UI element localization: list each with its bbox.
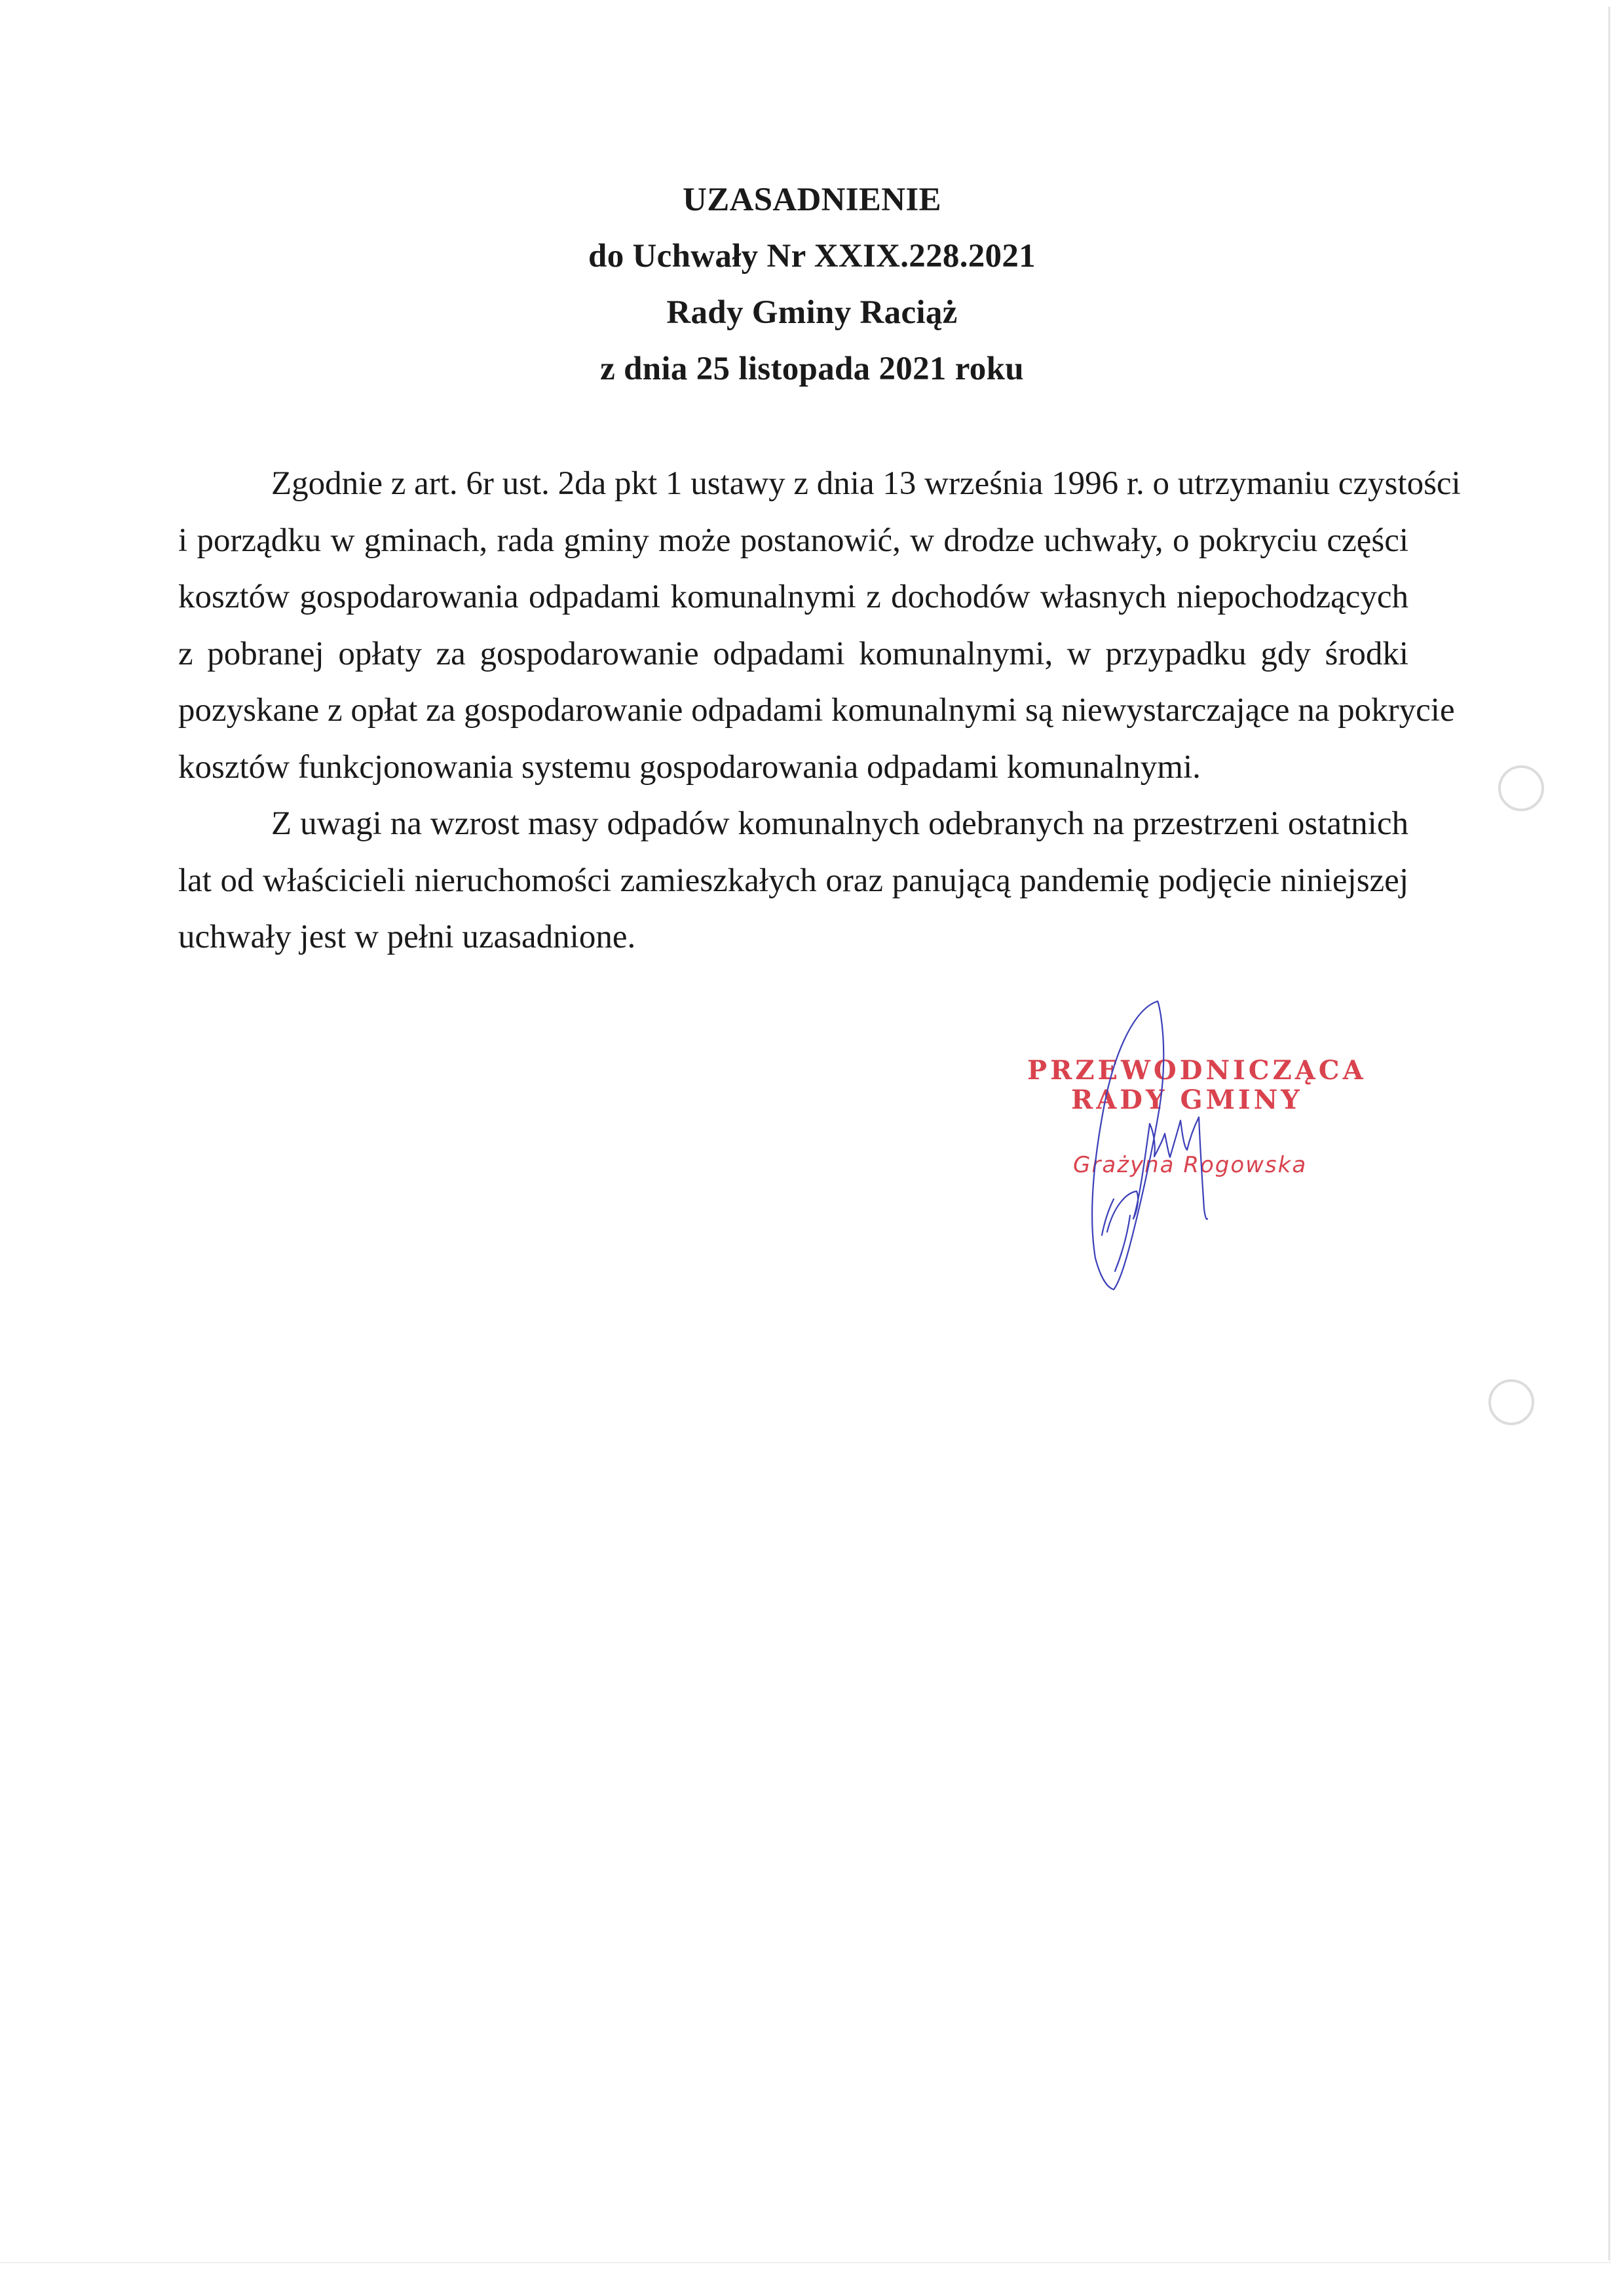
issuing-body: Rady Gminy Raciąż bbox=[0, 284, 1624, 341]
document-body: Zgodnie z art. 6r ust. 2da pkt 1 ustawy … bbox=[178, 455, 1408, 966]
handwritten-signature bbox=[1015, 983, 1376, 1311]
punch-hole-mark bbox=[1488, 1379, 1534, 1425]
document-header: UZASADNIENIE do Uchwały Nr XXIX.228.2021… bbox=[0, 172, 1624, 397]
punch-hole-mark bbox=[1498, 765, 1544, 811]
paragraph-1: Zgodnie z art. 6r ust. 2da pkt 1 ustawy … bbox=[178, 455, 1408, 795]
page-edge-bottom bbox=[0, 2262, 1612, 2263]
text-line: z pobranej opłaty za gospodarowanie odpa… bbox=[178, 626, 1408, 683]
text-line: i porządku w gminach, rada gminy może po… bbox=[178, 512, 1408, 569]
document-page: UZASADNIENIE do Uchwały Nr XXIX.228.2021… bbox=[0, 0, 1624, 2296]
text-line: kosztów gospodarowania odpadami komunaln… bbox=[178, 569, 1408, 626]
text-line: Z uwagi na wzrost masy odpadów komunalny… bbox=[178, 795, 1408, 852]
resolution-date: z dnia 25 listopada 2021 roku bbox=[0, 341, 1624, 397]
resolution-number: do Uchwały Nr XXIX.228.2021 bbox=[0, 228, 1624, 284]
text-line: pozyskane z opłat za gospodarowanie odpa… bbox=[178, 682, 1408, 739]
text-line: kosztów funkcjonowania systemu gospodaro… bbox=[178, 739, 1408, 796]
text-line: lat od właścicieli nieruchomości zamiesz… bbox=[178, 852, 1408, 909]
text-line: Zgodnie z art. 6r ust. 2da pkt 1 ustawy … bbox=[178, 455, 1408, 512]
text-line: uchwały jest w pełni uzasadnione. bbox=[178, 909, 1408, 966]
paragraph-2: Z uwagi na wzrost masy odpadów komunalny… bbox=[178, 795, 1408, 966]
document-title: UZASADNIENIE bbox=[0, 172, 1624, 228]
